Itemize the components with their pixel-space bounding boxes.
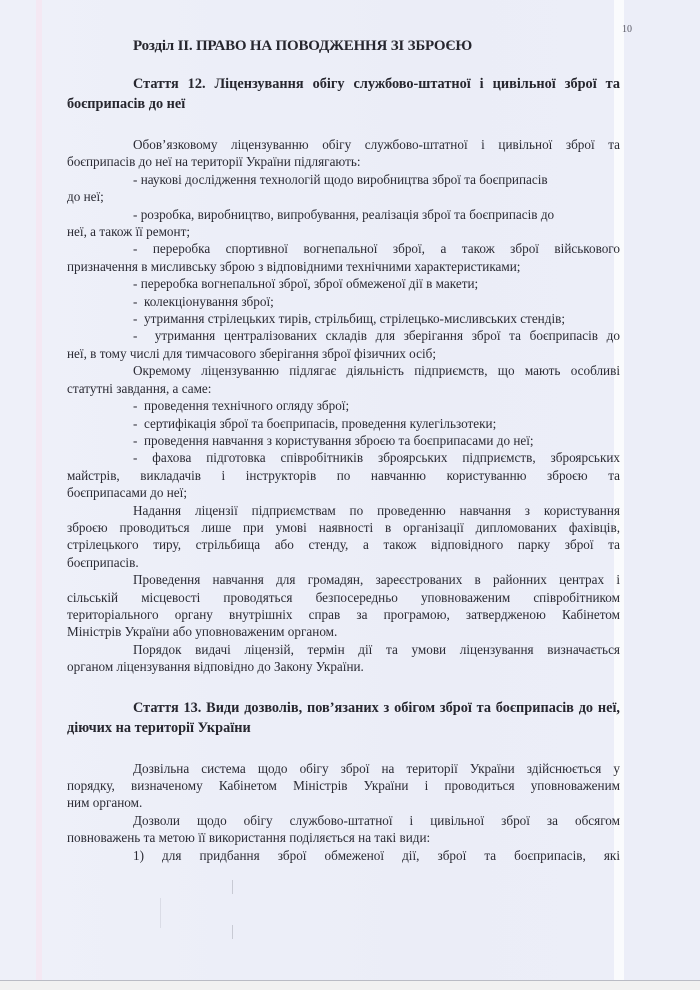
text-line: майстрів, викладачів і інструкторів по н… (67, 467, 620, 484)
article-13: Стаття 13. Види дозволів, пов’язаних з о… (100, 698, 620, 864)
text-line: 1) для придбання зброї обмеженої дії, зб… (67, 847, 620, 864)
text-line: територіального органу внутрішніх справ … (67, 606, 620, 623)
text-line: сільській місцевості проводяться безпосе… (67, 589, 620, 606)
text-line: неї, в тому числі для тимчасового зберіг… (67, 345, 620, 362)
text-line: боєприпасів до неї на території України … (67, 153, 620, 170)
text-line: Порядок видачі ліцензій, термін дії та у… (67, 641, 620, 658)
licensed-activities-list: - наукові дослідження технологій щодо ви… (67, 171, 620, 362)
paragraph: Окремому ліцензуванню підлягає діяльніст… (67, 362, 620, 397)
article-title-line: боєприпасів до неї (67, 94, 620, 114)
list-item: - утримання стрілецьких тирів, стрільбищ… (67, 310, 620, 327)
text-line: - наукові дослідження технологій щодо ви… (67, 171, 620, 188)
list-item: - переробка вогнепальної зброї, зброї об… (67, 275, 620, 292)
text-line: - проведення технічного огляду зброї; (67, 397, 620, 414)
article-12: Стаття 12. Ліцензування обігу службово-ш… (100, 74, 620, 676)
text-line: Надання ліцензії підприємствам по провед… (67, 502, 620, 519)
text-line: - проведення навчання з користування збр… (67, 432, 620, 449)
text-line: неї, а також її ремонт; (67, 223, 620, 240)
paragraph: Обов’язковому ліцензуванню обігу службов… (67, 136, 620, 171)
text-line: статутні завдання, а саме: (67, 380, 620, 397)
text-line: - утримання стрілецьких тирів, стрільбищ… (67, 310, 620, 327)
text-line: - фахова підготовка співробітників зброя… (67, 449, 620, 466)
article-title-line: діючих на території України (67, 718, 620, 738)
text-line: - утримання централізованих складів для … (67, 327, 620, 344)
text-line: Обов’язковому ліцензуванню обігу службов… (67, 136, 620, 153)
page-number: 10 (622, 24, 632, 35)
text-line: боєприпасів. (67, 554, 620, 571)
list-item: - переробка спортивної вогнепальної збро… (67, 240, 620, 275)
paragraph: Дозвільна система щодо обігу зброї на те… (67, 760, 620, 812)
scan-artifact-mark (160, 898, 161, 928)
page-bottom-edge (0, 980, 700, 990)
paragraph: Надання ліцензії підприємствам по провед… (67, 502, 620, 572)
text-line: повноважень та метою її використання под… (67, 829, 620, 846)
special-activities-list: - проведення технічного огляду зброї; - … (67, 397, 620, 501)
list-item: - фахова підготовка співробітників зброя… (67, 449, 620, 501)
text-line: призначення в мисливську зброю з відпові… (67, 258, 620, 275)
text-line: - колекціонування зброї; (67, 293, 620, 310)
text-line: ним органом. (67, 794, 620, 811)
text-line: Дозвільна система щодо обігу зброї на те… (67, 760, 620, 777)
text-line: органом ліцензування відповідно до Закон… (67, 658, 620, 675)
text-line: боєприпасами до неї; (67, 484, 620, 501)
text-line: порядку, визначеному Кабінетом Міністрів… (67, 777, 620, 794)
section-title: Розділ II. ПРАВО НА ПОВОДЖЕННЯ ЗІ ЗБРОЄЮ (133, 36, 620, 56)
list-item: - утримання централізованих складів для … (67, 327, 620, 362)
list-item: - сертифікація зброї та боєприпасів, про… (67, 415, 620, 432)
article-title-line: Стаття 13. Види дозволів, пов’язаних з о… (100, 698, 620, 718)
text-line: Проведення навчання для громадян, зареєс… (67, 571, 620, 588)
text-line: стрілецького тиру, стрільбища або стенду… (67, 536, 620, 553)
list-item: - проведення технічного огляду зброї; (67, 397, 620, 414)
text-line: Дозволи щодо обігу службово-штатної і ци… (67, 812, 620, 829)
article-12-title: Стаття 12. Ліцензування обігу службово-ш… (100, 74, 620, 114)
paragraph: Проведення навчання для громадян, зареєс… (67, 571, 620, 641)
text-line: до неї; (67, 188, 620, 205)
paragraph: Дозволи щодо обігу службово-штатної і ци… (67, 812, 620, 847)
text-line: - переробка вогнепальної зброї, зброї об… (67, 275, 620, 292)
text-line: Окремому ліцензуванню підлягає діяльніст… (67, 362, 620, 379)
list-item: 1) для придбання зброї обмеженої дії, зб… (67, 847, 620, 864)
list-item: - розробка, виробництво, випробування, р… (67, 206, 620, 241)
text-line: - сертифікація зброї та боєприпасів, про… (67, 415, 620, 432)
article-title-line: Стаття 12. Ліцензування обігу службово-ш… (100, 74, 620, 94)
paragraph: Порядок видачі ліцензій, термін дії та у… (67, 641, 620, 676)
text-line: зброєю проводиться лише при умові наявно… (67, 519, 620, 536)
document-body: Розділ II. ПРАВО НА ПОВОДЖЕННЯ ЗІ ЗБРОЄЮ… (100, 36, 620, 864)
scan-artifact-pink-stripe (36, 0, 42, 990)
scan-artifact-mark (232, 880, 233, 894)
list-item: - колекціонування зброї; (67, 293, 620, 310)
text-line: - розробка, виробництво, випробування, р… (67, 206, 620, 223)
scanned-page: 10 Розділ II. ПРАВО НА ПОВОДЖЕННЯ ЗІ ЗБР… (0, 0, 700, 990)
article-13-title: Стаття 13. Види дозволів, пов’язаних з о… (100, 698, 620, 738)
text-line: - переробка спортивної вогнепальної збро… (67, 240, 620, 257)
text-line: Міністрів України або уповноваженим орга… (67, 623, 620, 640)
list-item: - наукові дослідження технологій щодо ви… (67, 171, 620, 206)
list-item: - проведення навчання з користування збр… (67, 432, 620, 449)
scan-artifact-mark (232, 925, 233, 939)
